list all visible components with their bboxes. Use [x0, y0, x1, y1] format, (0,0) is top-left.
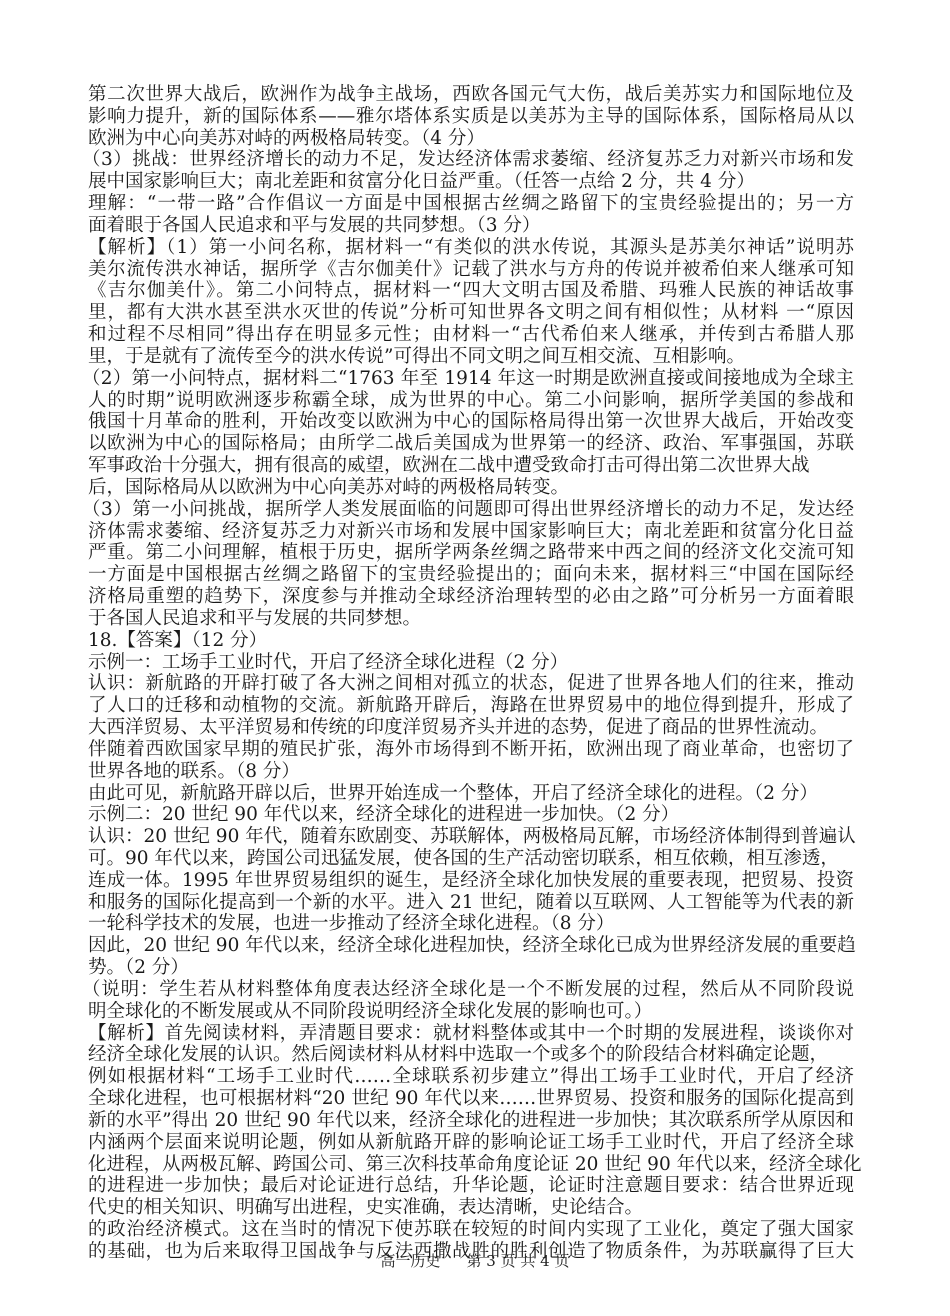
text-line: 一方面是中国根据古丝绸之路留下的宝贵经验提出的；面向未来，据材料三“中国在国际经: [88, 564, 854, 586]
text-line: 经济全球化发展的认识。然后阅读材料从材料中选取一个或多个的阶段结合材料确定论题，: [88, 1044, 854, 1066]
text-line: 认识：20 世纪 90 年代，随着东欧剧变、苏联解体，两极格局瓦解，市场经济体制…: [88, 826, 854, 848]
text-line: （3）挑战：世界经济增长的动力不足，发达经济体需求萎缩、经济复苏乏力对新兴市场和…: [82, 149, 854, 171]
page-footer: 高一历史第 3 页 共 4 页: [0, 1250, 950, 1271]
text-line: 展中国家影响巨大；南北差距和贫富分化日益严重。（任答一点给 2 分，共 4 分）: [88, 171, 854, 193]
text-line: 面着眼于各国人民追求和平与发展的共同梦想。（3 分）: [88, 215, 854, 237]
text-line: 内涵两个层面来说明论题，例如从新航路开辟的影响论证工场手工业时代，开启了经济全球: [88, 1132, 854, 1154]
text-line: 示例一：工场手工业时代，开启了经济全球化进程（2 分）: [88, 652, 854, 674]
text-line: 理解：“一带一路”合作倡议一方面是中国根据古丝绸之路留下的宝贵经验提出的；另一方: [88, 193, 854, 215]
text-line: 以欧洲为中心的国际格局；由所学二战后美国成为世界第一的经济、政治、军事强国，苏联: [88, 433, 854, 455]
text-line: 了人口的迁移和动植物的交流。新航路开辟后，海路在世界贸易中的地位得到提升，形成了: [88, 695, 854, 717]
footer-page-number: 第 3 页 共 4 页: [467, 1250, 570, 1271]
text-line: 军事政治十分强大，拥有很高的威望，欧洲在二战中遭受致命打击可得出第二次世界大战: [88, 455, 854, 477]
text-line: 第二次世界大战后，欧洲作为战争主战场，西欧各国元气大伤，战后美苏实力和国际地位及: [88, 84, 854, 106]
text-line: 济格局重塑的趋势下，深度参与并推动全球经济治理转型的必由之路”可分析另一方面着眼: [88, 586, 854, 608]
text-line: 由此可见，新航路开辟以后，世界开始连成一个整体，开启了经济全球化的进程。（2 分…: [88, 783, 854, 805]
text-line: 新的水平”得出 20 世纪 90 年代以来，经济全球化的进程进一步加快；其次联系…: [88, 1110, 854, 1132]
text-line: 的政治经济模式。这在当时的情况下使苏联在较短的时间内实现了工业化，奠定了强大国家: [88, 1219, 854, 1241]
text-line: （说明：学生若从材料整体角度表达经济全球化是一个不断发展的过程，然后从不同阶段说: [82, 979, 854, 1001]
text-line: 里，于是就有了流传至今的洪水传说”可得出不同文明之间互相交流、互相影响。: [88, 346, 854, 368]
text-line: 认识：新航路的开辟打破了各大洲之间相对孤立的状态，促进了世界各地人们的往来，推动: [88, 673, 854, 695]
text-line: 欧洲为中心向美苏对峙的两极格局转变。（4 分）: [88, 128, 854, 150]
text-line: 代史的相关知识、明确写出进程，史实准确，表达清晰，史论结合。: [88, 1197, 854, 1219]
text-line: 例如根据材料“工场手工业时代……全球联系初步建立”得出工场手工业时代，开启了经济: [88, 1066, 854, 1088]
footer-subject: 高一历史: [381, 1250, 441, 1271]
text-line: 人的时期”说明欧洲逐步称霸全球，成为世界的中心。第二小问影响，据所学美国的参战和: [88, 390, 854, 412]
text-line: 明全球化的不断发展或从不同阶段说明经济全球化发展的影响也可。）: [88, 1001, 854, 1023]
text-line: 影响力提升，新的国际体系——雅尔塔体系实质是以美苏为主导的国际体系，国际格局从以: [88, 106, 854, 128]
text-line: 的进程进一步加快；最后对论证进行总结，升华论题，论证时注意题目要求：结合世界近现: [88, 1175, 854, 1197]
text-line: 美尔流传洪水神话，据所学《吉尔伽美什》记载了洪水与方舟的传说并被希伯来人继承可知: [88, 259, 854, 281]
text-line: 于各国人民追求和平与发展的共同梦想。: [88, 608, 854, 630]
text-line: （3）第一小问挑战，据所学人类发展面临的问题即可得出世界经济增长的动力不足，发达…: [82, 499, 854, 521]
text-line: 连成一体。1995 年世界贸易组织的诞生，是经济全球化加快发展的重要表现，把贸易…: [88, 870, 854, 892]
text-line: 因此，20 世纪 90 年代以来，经济全球化进程加快，经济全球化已成为世界经济发…: [88, 935, 854, 957]
text-line: 可。90 年代以来，跨国公司迅猛发展，使各国的生产活动密切联系，相互依赖，相互渗…: [88, 848, 854, 870]
text-line: 里，都有大洪水甚至洪水灭世的传说”分析可知世界各文明之间有相似性；从材料 一“原…: [88, 302, 854, 324]
text-line: 【解析】首先阅读材料，弄清题目要求：就材料整体或其中一个时期的发展进程，谈谈你对: [88, 1023, 854, 1045]
text-line: 和过程不尽相同”得出存在明显多元性；由材料一“古代希伯来人继承，并传到古希腊人那: [88, 324, 854, 346]
text-line: 一轮科学技术的发展，也进一步推动了经济全球化进程。（8 分）: [88, 913, 854, 935]
text-line: 【解析】（1）第一小问名称，据材料一“有类似的洪水传说，其源头是苏美尔神话”说明…: [88, 237, 854, 259]
text-line: 严重。第二小问理解，植根于历史，据所学两条丝绸之路带来中西之间的经济文化交流可知: [88, 542, 854, 564]
text-line: （2）第一小问特点，据材料二“1763 年至 1914 年这一时期是欧洲直接或间…: [82, 368, 854, 390]
text-line: 18.【答案】（12 分）: [88, 630, 854, 652]
document-body: 第二次世界大战后，欧洲作为战争主战场，西欧各国元气大伤，战后美苏实力和国际地位及…: [88, 84, 854, 1263]
text-line: 世界各地的联系。（8 分）: [88, 761, 854, 783]
text-line: 示例二：20 世纪 90 年代以来，经济全球化的进程进一步加快。（2 分）: [88, 804, 854, 826]
text-line: 化进程，从两极瓦解、跨国公司、第三次科技革命角度论证 20 世纪 90 年代以来…: [88, 1154, 854, 1176]
text-line: 伴随着西欧国家早期的殖民扩张，海外市场得到不断开拓，欧洲出现了商业革命，也密切了: [88, 739, 854, 761]
text-line: 后，国际格局从以欧洲为中心向美苏对峙的两极格局转变。: [88, 477, 854, 499]
text-line: 和服务的国际化提高到一个新的水平。进入 21 世纪，随着以互联网、人工智能等为代…: [88, 892, 854, 914]
text-line: 全球化进程，也可根据材料“20 世纪 90 年代以来……世界贸易、投资和服务的国…: [88, 1088, 854, 1110]
text-line: 俄国十月革命的胜利，开始改变以欧洲为中心的国际格局得出第一次世界大战后，开始改变: [88, 411, 854, 433]
text-line: 济体需求萎缩、经济复苏乏力对新兴市场和发展中国家影响巨大；南北差距和贫富分化日益: [88, 521, 854, 543]
text-line: 大西洋贸易、太平洋贸易和传统的印度洋贸易齐头并进的态势，促进了商品的世界性流动。: [88, 717, 854, 739]
text-line: 《吉尔伽美什》。第二小问特点，据材料一“四大文明古国及希腊、玛雅人民族的神话故事: [88, 280, 854, 302]
text-line: 势。（2 分）: [88, 957, 854, 979]
